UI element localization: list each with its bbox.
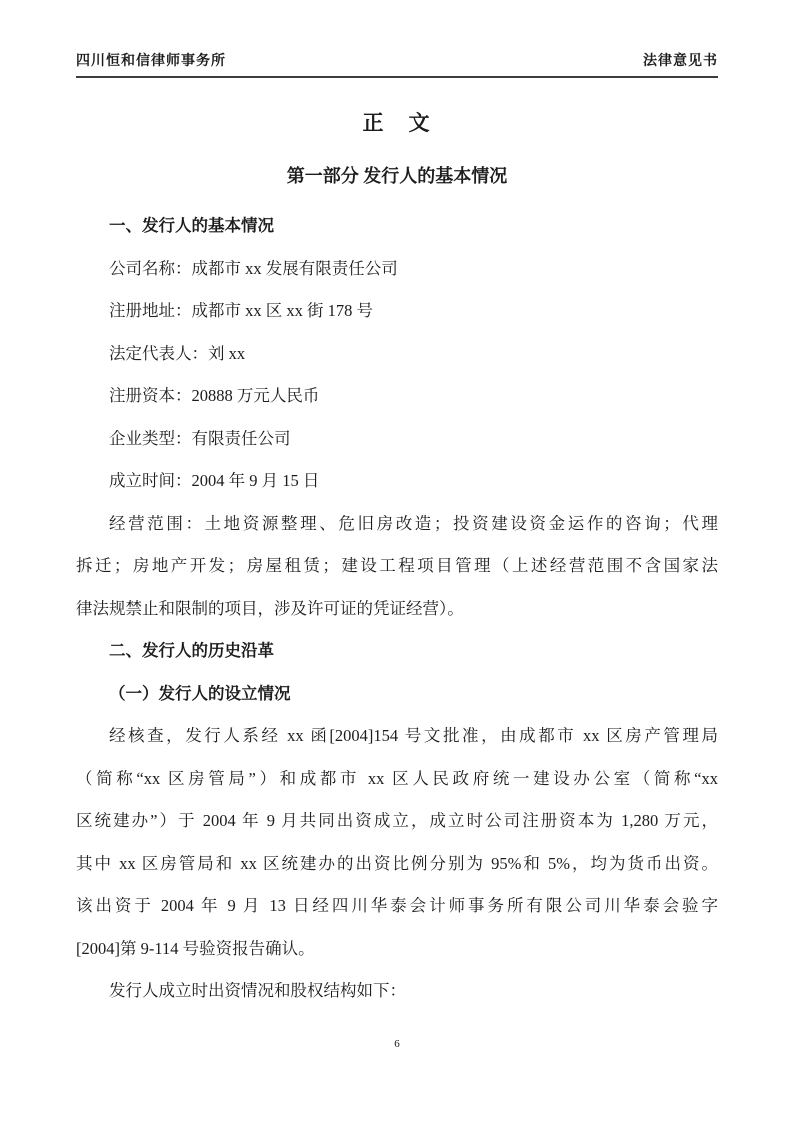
section-heading-basic-info: 一、发行人的基本情况	[76, 205, 718, 248]
section-heading-history: 二、发行人的历史沿革	[76, 630, 718, 673]
establishment-paragraph-line-2: （简称“xx 区房管局”）和成都市 xx 区人民政府统一建设办公室（简称“xx	[76, 758, 718, 801]
subsection-heading-establishment: （一）发行人的设立情况	[76, 673, 718, 716]
document-title: 正 文	[0, 107, 794, 137]
document-body: 一、发行人的基本情况 公司名称：成都市 xx 发展有限责任公司 注册地址：成都市…	[76, 205, 718, 1013]
registered-address-line: 注册地址：成都市 xx 区 xx 街 178 号	[76, 290, 718, 333]
business-scope-line-1: 经营范围：土地资源整理、危旧房改造；投资建设资金运作的咨询；代理	[76, 503, 718, 546]
part-heading: 第一部分 发行人的基本情况	[0, 162, 794, 188]
shareholding-intro-line: 发行人成立时出资情况和股权结构如下：	[76, 970, 718, 1013]
company-name-line: 公司名称：成都市 xx 发展有限责任公司	[76, 248, 718, 291]
establishment-date-line: 成立时间：2004 年 9 月 15 日	[76, 460, 718, 503]
company-type-line: 企业类型：有限责任公司	[76, 418, 718, 461]
business-scope-line-2: 拆迁；房地产开发；房屋租赁；建设工程项目管理（上述经营范围不含国家法	[76, 545, 718, 588]
establishment-paragraph-line-5: 该出资于 2004 年 9 月 13 日经四川华泰会计师事务所有限公司川华泰会验…	[76, 885, 718, 928]
page-header: 四川恒和信律师事务所 法律意见书	[76, 50, 718, 78]
document-page: 四川恒和信律师事务所 法律意见书 正 文 第一部分 发行人的基本情况 一、发行人…	[0, 0, 794, 1123]
establishment-paragraph-line-3: 区统建办”）于 2004 年 9 月共同出资成立，成立时公司注册资本为 1,28…	[76, 800, 718, 843]
business-scope-line-3: 律法规禁止和限制的项目，涉及许可证的凭证经营）。	[76, 588, 718, 631]
establishment-paragraph-line-1: 经核查，发行人系经 xx 函[2004]154 号文批准，由成都市 xx 区房产…	[76, 715, 718, 758]
header-firm-name: 四川恒和信律师事务所	[76, 50, 226, 70]
header-doc-type: 法律意见书	[643, 50, 718, 70]
establishment-paragraph-line-6: [2004]第 9-114 号验资报告确认。	[76, 928, 718, 971]
legal-representative-line: 法定代表人：刘 xx	[76, 333, 718, 376]
registered-capital-line: 注册资本：20888 万元人民币	[76, 375, 718, 418]
page-number: 6	[0, 1038, 794, 1050]
establishment-paragraph-line-4: 其中 xx 区房管局和 xx 区统建办的出资比例分别为 95%和 5%，均为货币…	[76, 843, 718, 886]
